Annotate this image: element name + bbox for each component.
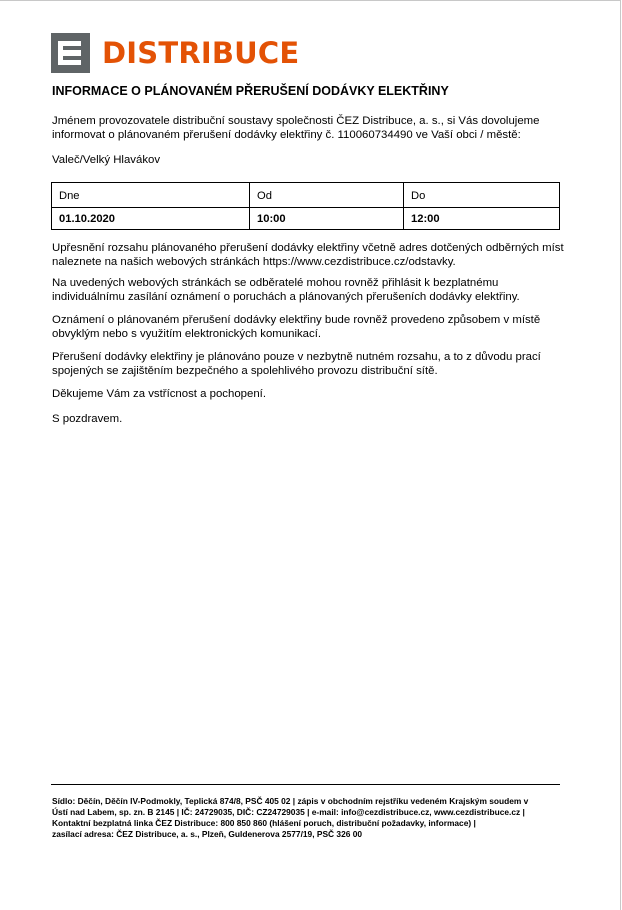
header-date: Dne xyxy=(52,183,250,208)
thanks-text: Děkujeme Vám za vstřícnost a pochopení. xyxy=(52,387,572,401)
paragraph-line: Přerušení dodávky elektřiny je plánováno… xyxy=(52,350,572,364)
intro-line: informovat o plánovaném přerušení dodávk… xyxy=(52,128,572,142)
paragraph-line: obvyklým nebo s využitím elektronických … xyxy=(52,327,572,341)
document-title: INFORMACE O PLÁNOVANÉM PŘERUŠENÍ DODÁVKY… xyxy=(52,84,449,98)
company-logo: DISTRIBUCE xyxy=(51,33,299,73)
footer-line: Ústí nad Labem, sp. zn. B 2145 | IČ: 247… xyxy=(52,807,562,818)
paragraph-line: naleznete na našich webových stránkách h… xyxy=(52,255,572,269)
location-text: Valeč/Velký Hlavákov xyxy=(52,153,572,167)
intro-line: Jménem provozovatele distribuční soustav… xyxy=(52,114,572,128)
footer-company-info: Sídlo: Děčín, Děčín IV-Podmokly, Teplick… xyxy=(52,796,562,839)
paragraph-line: Na uvedených webových stránkách se odběr… xyxy=(52,276,572,290)
header-from: Od xyxy=(250,183,404,208)
value-date: 01.10.2020 xyxy=(52,208,250,230)
outage-schedule-table: Dne Od Do 01.10.2020 10:00 12:00 xyxy=(51,182,560,230)
value-to: 12:00 xyxy=(404,208,560,230)
footer-line: Sídlo: Děčín, Děčín IV-Podmokly, Teplick… xyxy=(52,796,562,807)
paragraph-reason: Přerušení dodávky elektřiny je plánováno… xyxy=(52,350,572,378)
cez-logo-icon xyxy=(51,33,90,73)
paragraph-subscription: Na uvedených webových stránkách se odběr… xyxy=(52,276,572,304)
paragraph-line: spojených se zajištěním bezpečného a spo… xyxy=(52,364,572,378)
intro-paragraph: Jménem provozovatele distribuční soustav… xyxy=(52,114,572,142)
value-from: 10:00 xyxy=(250,208,404,230)
table-row: 01.10.2020 10:00 12:00 xyxy=(52,208,560,230)
table-header-row: Dne Od Do xyxy=(52,183,560,208)
paragraph-line: Oznámení o plánovaném přerušení dodávky … xyxy=(52,313,572,327)
paragraph-announcement: Oznámení o plánovaném přerušení dodávky … xyxy=(52,313,572,341)
footer-line: zasílací adresa: ČEZ Distribuce, a. s., … xyxy=(52,829,562,840)
closing-text: S pozdravem. xyxy=(52,412,572,426)
header-to: Do xyxy=(404,183,560,208)
paragraph-line: individuálnímu zasílání oznámení o poruc… xyxy=(52,290,572,304)
footer-line: Kontaktní bezplatná linka ČEZ Distribuce… xyxy=(52,818,562,829)
footer-divider xyxy=(51,784,560,785)
document-page: DISTRIBUCE INFORMACE O PLÁNOVANÉM PŘERUŠ… xyxy=(0,0,621,910)
paragraph-line: Upřesnění rozsahu plánovaného přerušení … xyxy=(52,241,572,255)
brand-name: DISTRIBUCE xyxy=(102,33,299,73)
paragraph-details-link: Upřesnění rozsahu plánovaného přerušení … xyxy=(52,241,572,269)
